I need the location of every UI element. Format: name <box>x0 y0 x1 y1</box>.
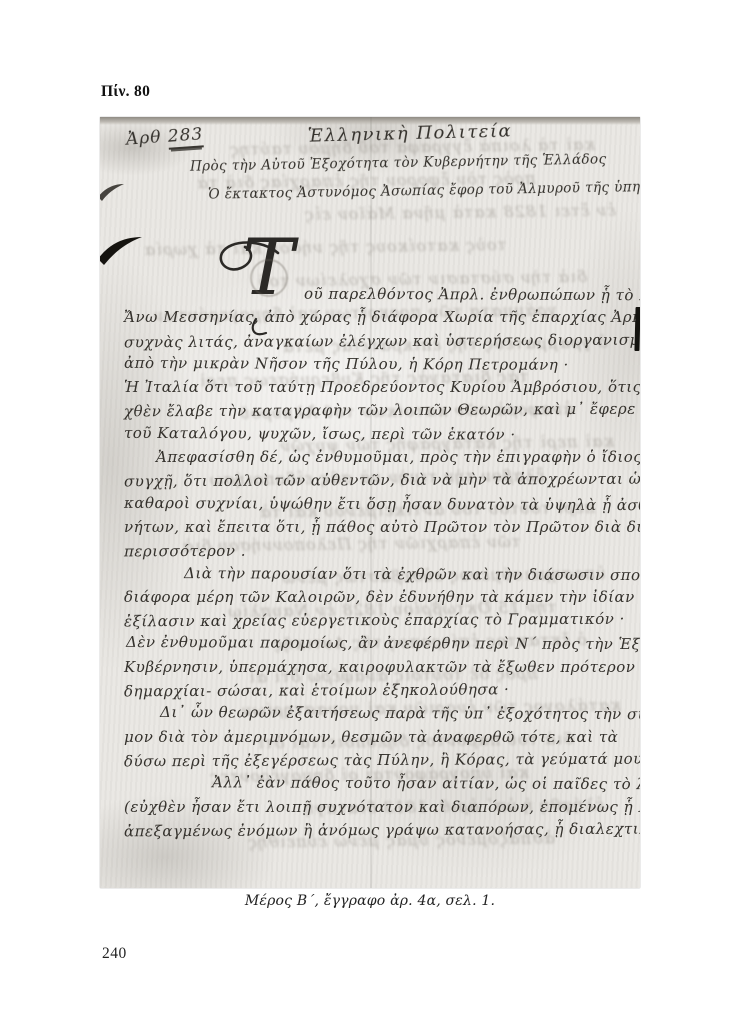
document-heading: Ἑλληνικὴ Πολιτεία <box>250 119 570 148</box>
ink-smudge-icon <box>100 233 146 273</box>
ms-line: δημαρχίαι- σώσαι, καὶ ἑτοίμων ἐξηκολούθη… <box>124 678 636 704</box>
manuscript-body: οῦ παρελθόντος Ἀπρλ. ἐνθρωπώπων ᾗ τὸ Γρά… <box>124 283 636 842</box>
ms-line: Δι᾽ ὧν θεωρῶν ἐξαιτήσεως παρὰ τῆς ὑπ᾽ ἐξ… <box>124 701 636 727</box>
ms-line: τοῦ Καταλόγου, ψυχῶν, ἴσως, περὶ τῶν ἑκα… <box>124 422 636 448</box>
ms-line: καθαροὶ συχνίαι, ὑψώθην ἔτι ὅσῃ ἦσαν δυν… <box>124 492 636 518</box>
ms-line: οῦ παρελθόντος Ἀπρλ. ἐνθρωπώπων ᾗ τὸ Γρά… <box>124 282 636 308</box>
ink-speck-icon <box>100 181 128 205</box>
document-number-prefix: Ἀρθ <box>125 127 168 150</box>
document-number-value: 283 <box>167 124 204 149</box>
figure-caption: Μέρος Β΄, ἔγγραφο ἀρ. 4α, σελ. 1. <box>100 893 640 909</box>
ms-line: Ἡ Ἰταλία ὅτι τοῦ ταύτῃ Προεδρεύοντος Κυρ… <box>124 376 636 399</box>
ms-line: ἀπὸ τὴν μικρὰν Νῆσον τῆς Πύλου, ἡ Κόρη Π… <box>124 352 636 378</box>
ms-line: δύσω περὶ τῆς ἐξεγέρσεως τὰς Πύλην, ἢ Κό… <box>124 748 636 774</box>
ms-line: περισσότερον . <box>124 538 636 564</box>
ms-line: Κυβέρνησιν, ὑπερμάχησα, καιροφυλακτῶν τὰ… <box>124 656 636 679</box>
scan-edge-mark <box>634 307 640 351</box>
ms-line: Ἀπεφασίσθη δέ, ὡς ἐνθυμοῦμαι, πρὸς τὴν ἐ… <box>124 446 636 469</box>
ms-line: συγχῇ, ὅτι πολλοὶ τῶν αὐθεντῶν, διὰ νὰ μ… <box>124 468 636 494</box>
ms-line: συχνὰς λιτάς, ἀναγκαίων ἐλέγχων καὶ ὑστε… <box>124 328 636 354</box>
ms-line: νήτων, καὶ ἔπειτα ὅτι, ᾗ πάθος αὐτὸ Πρῶτ… <box>124 516 636 539</box>
bleed-line: τοὺς κατοίκους τῆς νήσου καὶ τὰ χωρία <box>102 226 626 266</box>
ms-line: ἀπεξαγμένως ἐνόμων ἢ ἀνόμως γράψω κατανο… <box>124 817 636 843</box>
ms-line: Ἄνω Μεσσηνίας, ἀπὸ χώρας ᾗ διάφορα Χωρία… <box>124 306 636 329</box>
ms-line: ἐξίλασιν καὶ χρείας εὐεργετικοὺς ἐπαρχία… <box>124 608 636 634</box>
document-address-line1: Πρὸς τὴν Αὐτοῦ Ἐξοχότητα τὸν Κυβερνήτην … <box>190 151 620 175</box>
manuscript-photo: καὶ τὰ λοιπὰ ἔγγραφα τοῦ δήμου ταύτηςπρὸ… <box>100 117 640 888</box>
ms-line: Ἀλλ᾽ ἐὰν πάθος τοῦτο ἦσαν αἰτίαν, ὡς οἱ … <box>124 771 636 797</box>
plate-label: Πίν. 80 <box>101 83 150 101</box>
page-number: 240 <box>102 945 127 963</box>
ms-line: μον διὰ τὸν ἀμεριμνόμων, θεσμῶν τὰ ἀναφε… <box>124 726 636 749</box>
document-number: Ἀρθ 283 <box>125 124 204 149</box>
ms-line: χθὲν ἔλαβε τὴν καταγραφὴν τῶν λοιπῶν Θεω… <box>124 398 636 424</box>
ms-line: Δὲν ἐνθυμοῦμαι παρομοίως, ἂν ἀνεφέρθην π… <box>124 631 636 657</box>
ms-line: Διὰ τὴν παρουσίαν ὅτι τὰ ἐχθρῶν καὶ τὴν … <box>124 561 636 587</box>
ms-line: (εὐχθὲν ἦσαν ἔτι λοιπῇ συχνότατον καὶ δι… <box>124 796 636 819</box>
faint-stamp-icon <box>250 259 288 297</box>
ms-line: διάφορα μέρη τῶν Καλοιρῶν, δὲν ἐδυνήθην … <box>124 586 636 609</box>
document-address-line2: Ὁ ἔκτακτος Ἀστυνόμος Ἀσωπίας ἔφορ τοῦ Ἀλ… <box>208 179 638 203</box>
